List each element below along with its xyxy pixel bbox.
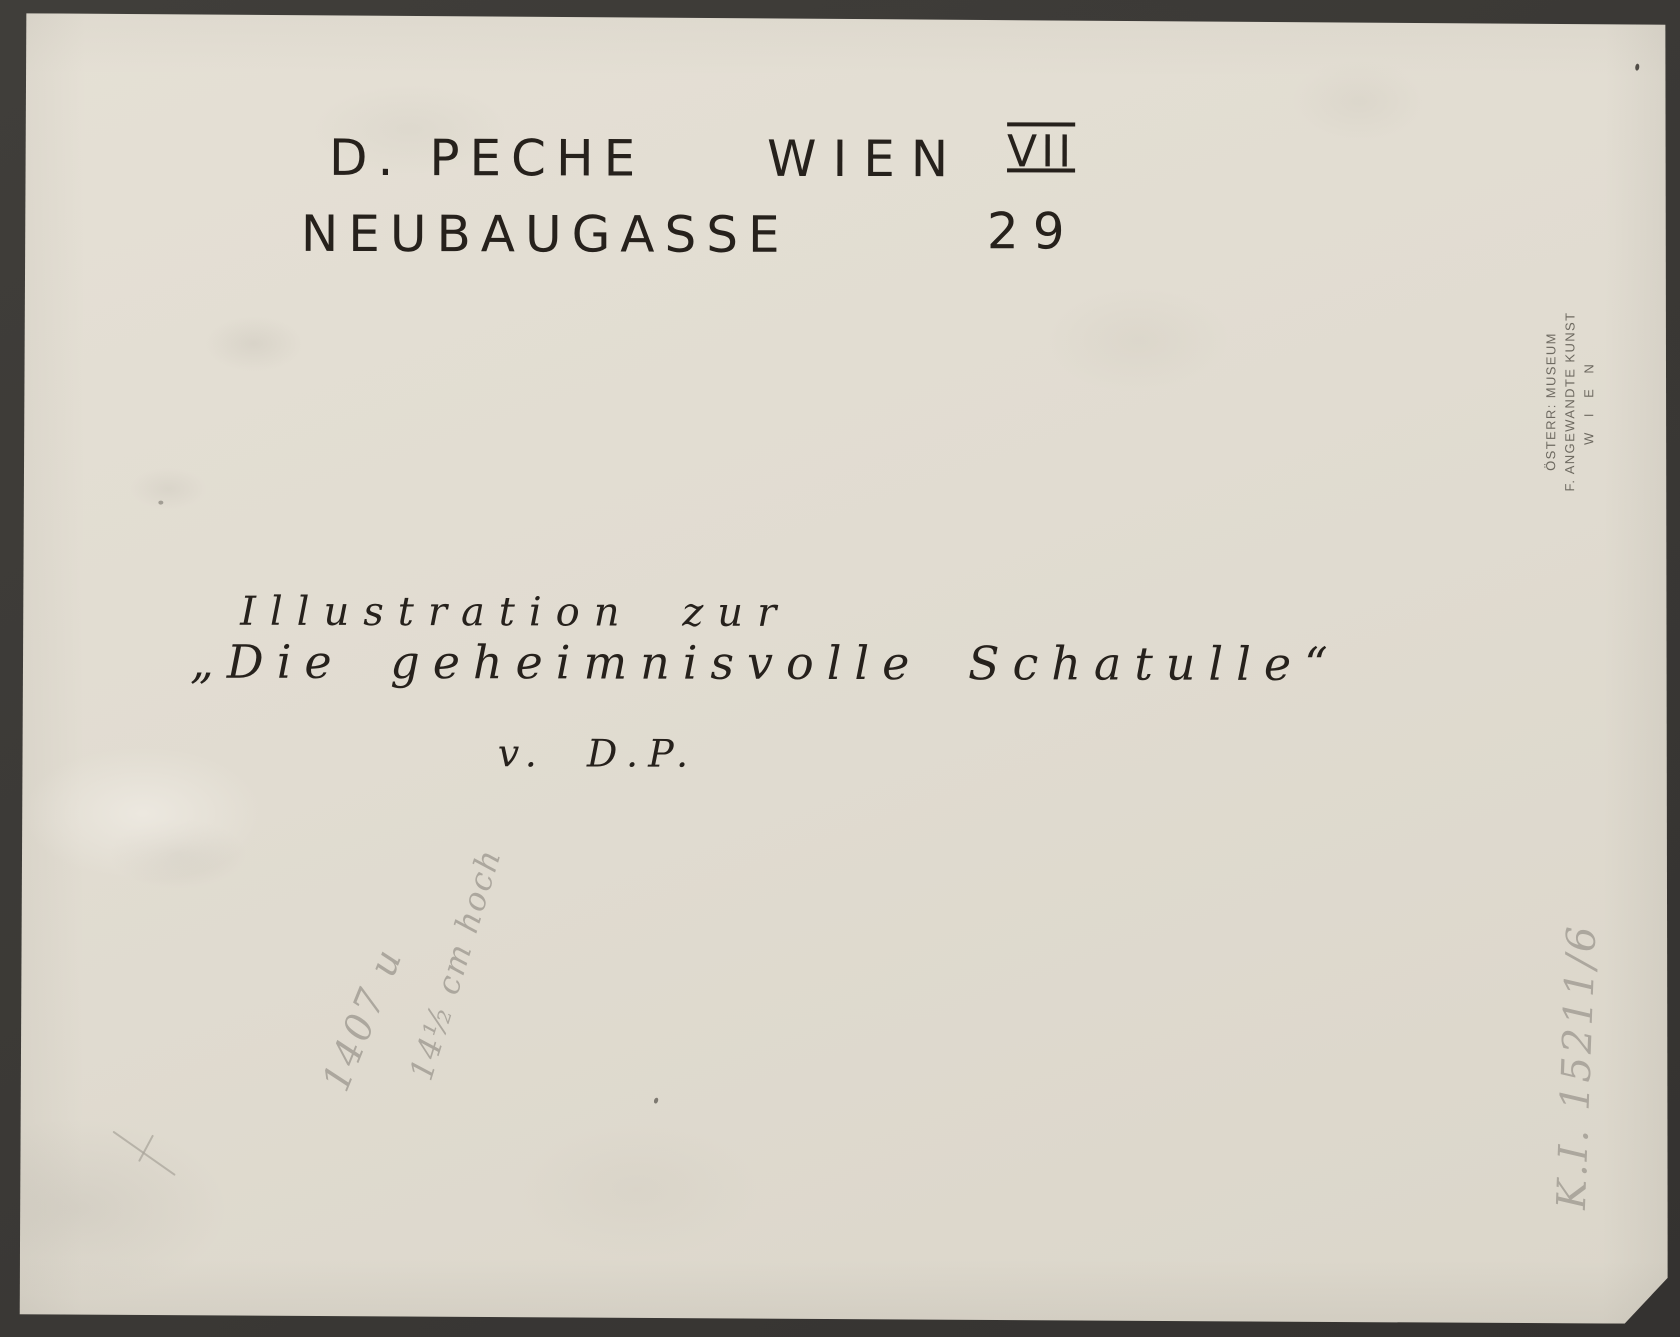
ink-speck	[1635, 63, 1640, 70]
stamp-line-3: W I E N	[1580, 312, 1599, 492]
city-name: WIEN	[767, 130, 964, 188]
photograph-verso-card: D. PECHE WIEN VII NEUBAUGASSE 29 ÖSTERR:…	[17, 8, 1672, 1326]
pencil-number: 1407 u	[313, 941, 411, 1098]
ink-speck	[653, 1097, 659, 1104]
district-numeral: VII	[1007, 126, 1075, 177]
pencil-inventory-number: K.I. 15211/6	[1549, 923, 1606, 1211]
photo-mount-background: D. PECHE WIEN VII NEUBAUGASSE 29 ÖSTERR:…	[0, 0, 1680, 1337]
stamp-line-1: ÖSTERR: MUSEUM	[1542, 311, 1561, 491]
artist-name: D. PECHE	[329, 129, 645, 188]
inscription-line: Illustration zur	[240, 589, 790, 636]
museum-stamp: ÖSTERR: MUSEUM F. ANGEWANDTE KUNST W I E…	[1542, 311, 1599, 491]
pencil-dimension: 14½ cm hoch	[402, 844, 509, 1085]
street-name: NEUBAUGASSE	[301, 205, 790, 264]
signature-initials: v. D.P.	[498, 731, 698, 775]
title-line: „Die geheimnisvolle Schatulle“	[190, 635, 1341, 691]
house-number: 29	[987, 202, 1079, 260]
ink-speck	[158, 501, 163, 505]
stamp-line-2: F. ANGEWANDTE KUNST	[1561, 312, 1580, 492]
